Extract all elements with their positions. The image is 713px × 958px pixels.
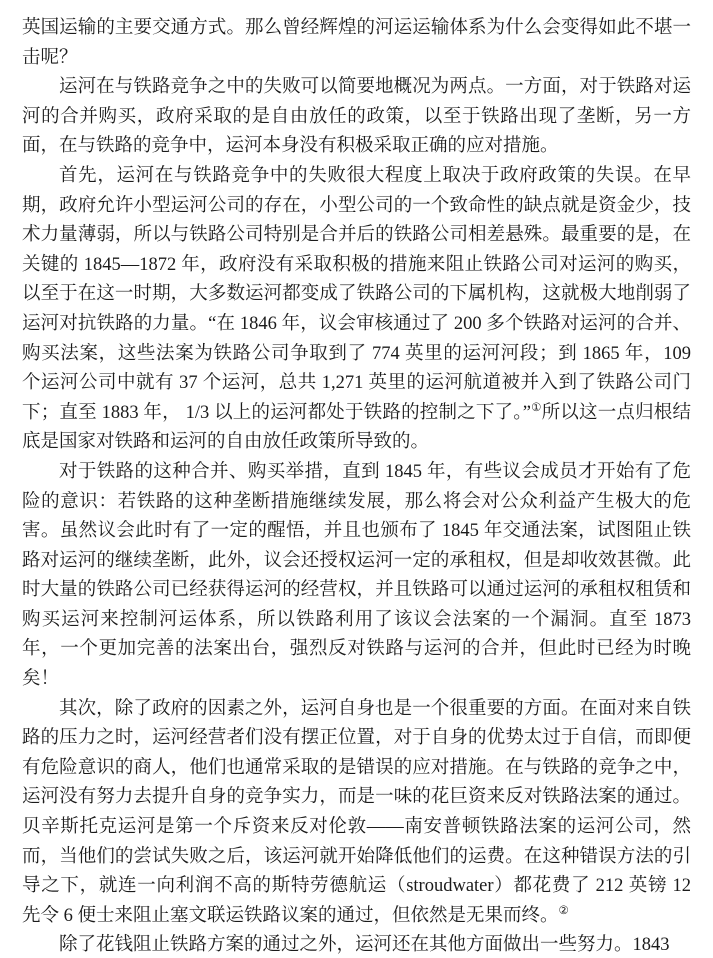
paragraph-5: 其次，除了政府的因素之外，运河自身也是一个很重要的方面。在面对来自铁路的压力之时… <box>22 695 691 932</box>
document-page: 英国运输的主要交通方式。那么曾经辉煌的河运运输体系为什么会变得如此不堪一击呢？ … <box>0 0 713 958</box>
paragraph-1: 英国运输的主要交通方式。那么曾经辉煌的河运运输体系为什么会变得如此不堪一击呢？ <box>22 14 691 73</box>
paragraph-6: 除了花钱阻止铁路方案的通过之外，运河还在其他方面做出一些努力。1843 <box>22 931 691 958</box>
paragraph-4: 对于铁路的这种合并、购买举措，直到 1845 年，有些议会成员才开始有了危险的意… <box>22 458 691 695</box>
paragraph-2: 运河在与铁路竞争之中的失败可以简要地概况为两点。一方面，对于铁路对运河的合并购买… <box>22 73 691 162</box>
paragraph-3: 首先，运河在与铁路竞争中的失败很大程度上取决于政府政策的失误。在早期，政府允许小… <box>22 162 691 458</box>
footnote-marker: ② <box>559 905 569 917</box>
footnote-marker: ① <box>531 402 542 414</box>
